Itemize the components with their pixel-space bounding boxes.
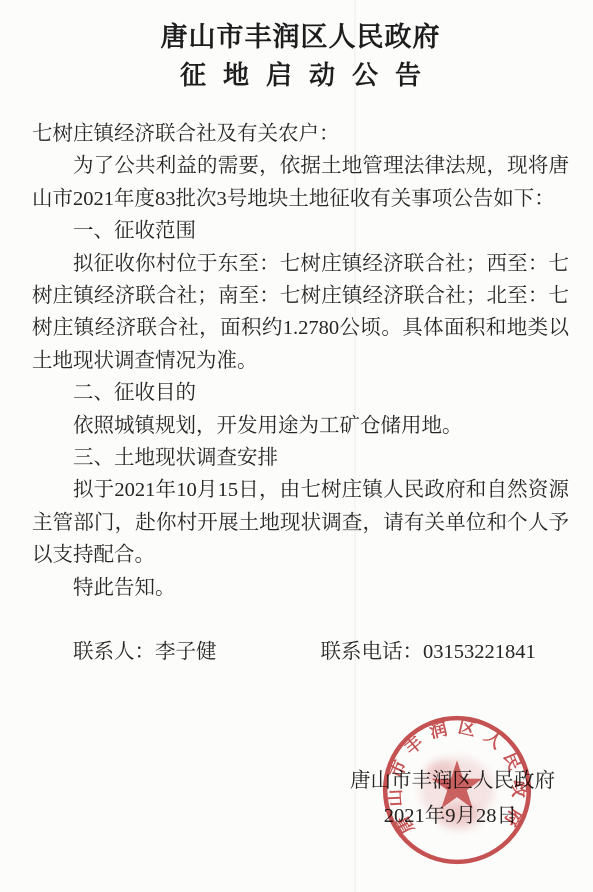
document-body: 唐山市丰润区人民政府 征地启动公告 七树庄镇经济联合社及有关农户： 为了公共利益… [0,0,593,669]
paragraph-intro: 为了公共利益的需要，依据土地管理法律法规，现将唐山市2021年度83批次3号地块… [32,150,569,215]
seal-ink-smudge [436,803,481,830]
document-text: 七树庄镇经济联合社及有关农户： 为了公共利益的需要，依据土地管理法律法规，现将唐… [32,118,569,604]
contact-phone: 联系电话：03153221841 [321,636,536,668]
contact-line: 联系人：李子健 联系电话：03153221841 [32,636,569,668]
salutation-line: 七树庄镇经济联合社及有关农户： [32,118,569,150]
contact-person: 联系人：李子健 [73,636,217,668]
seal-graphic: 唐山市丰润区人民政府 [379,712,535,868]
section-heading-3: 三、土地现状调查安排 [32,442,569,474]
paragraph-survey: 拟于2021年10月15日，由七树庄镇人民政府和自然资源主管部门，赴你村开展土地… [32,474,569,571]
document-title-subject: 征地启动公告 [32,58,569,94]
section-heading-2: 二、征收目的 [32,377,569,409]
paragraph-closing: 特此告知。 [32,572,569,604]
official-seal: 唐山市丰润区人民政府 [379,712,535,868]
section-heading-1: 一、征收范围 [32,215,569,247]
scanned-announcement-page: 唐山市丰润区人民政府 征地启动公告 七树庄镇经济联合社及有关农户： 为了公共利益… [0,0,593,892]
document-title-issuer: 唐山市丰润区人民政府 [32,20,569,54]
paragraph-scope: 拟征收你村位于东至：七树庄镇经济联合社；西至：七树庄镇经济联合社；南至：七树庄镇… [32,248,569,378]
paragraph-purpose: 依照城镇规划，开发用途为工矿仓储用地。 [32,410,569,442]
